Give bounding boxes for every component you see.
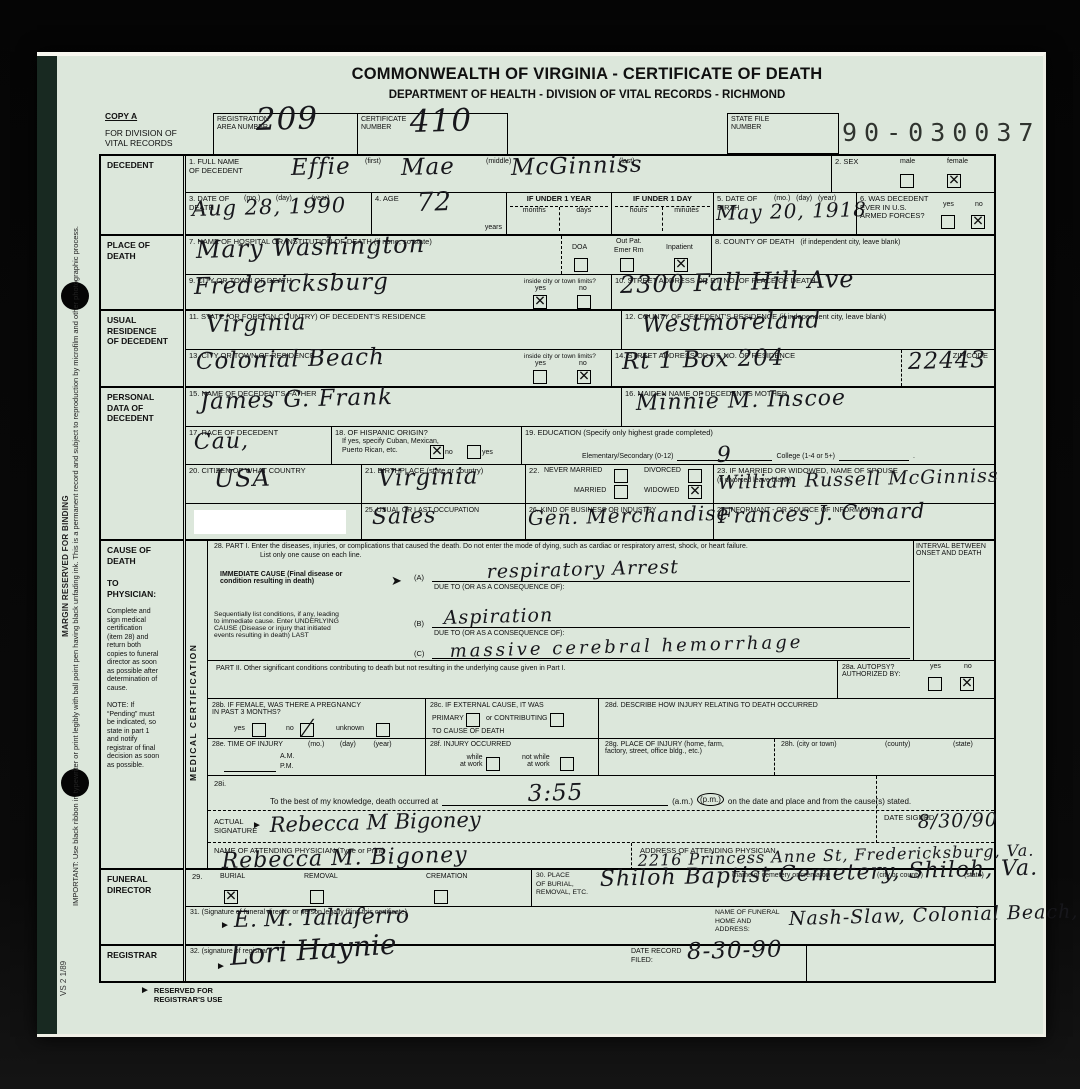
widowed-checkbox	[688, 485, 702, 499]
hispanic-yes-label: yes	[482, 449, 493, 458]
middle-sub: (middle)	[486, 158, 511, 167]
am-option: (a.m.)	[672, 797, 693, 806]
time-of-injury-units: (mo.) (day) (year)	[308, 741, 392, 748]
section-cause-of-death: CAUSE OF DEATH TO PHYSICIAN: Complete an…	[101, 539, 183, 868]
actual-signature-label: ACTUAL SIGNATURE	[214, 817, 257, 835]
field-age: 4. AGE 72 years	[371, 193, 506, 234]
residence-limits-no-checkbox	[577, 370, 591, 384]
not-while-at-work-checkbox	[560, 757, 574, 771]
removal-checkbox	[310, 890, 324, 904]
to-cause-label: TO CAUSE OF DEATH	[432, 728, 504, 735]
sex-female-label: female	[947, 158, 968, 167]
residence-county-value: Westmoreland	[642, 316, 821, 329]
under-day-label: IF UNDER 1 DAY	[615, 195, 710, 207]
hispanic-yes-checkbox	[467, 445, 481, 459]
primary-label: PRIMARY	[432, 715, 464, 722]
residence-limits-yes-label: yes	[535, 360, 546, 369]
field-city-of-death: 9. CITY OR TOWN OF DEATH Fredericksburg	[186, 275, 521, 309]
copy-for-label: FOR DIVISION OF VITAL RECORDS	[105, 128, 177, 148]
field-father: 15. NAME OF DECEDENT'S FATHER James G. F…	[186, 388, 621, 426]
row-hospital: 7. NAME OF HOSPITAL OR INSTITUTION OF DE…	[186, 234, 994, 274]
field-death-limits: inside city or town limits? yes no	[521, 275, 611, 309]
hispanic-note: If yes, specify Cuban, Mexican, Puerto R…	[342, 438, 439, 455]
interval-column: INTERVAL BETWEEN ONSET AND DEATH	[913, 541, 994, 660]
hispanic-no-label: no	[445, 449, 453, 458]
pm-option-circled: (p.m.)	[697, 793, 724, 806]
time-of-injury-label: 28e. TIME OF INJURY	[212, 741, 283, 748]
divorced-checkbox	[688, 469, 702, 483]
primary-checkbox	[466, 713, 480, 727]
cause-line-c: massive cerebral hemorrhage	[432, 633, 910, 659]
field-race: 17. RACE OF DECEDENT Cau,	[186, 427, 331, 464]
reserved-arrow-icon: ►	[140, 986, 150, 1004]
field-redacted	[186, 504, 361, 539]
field-education: 19. EDUCATION (Specify only highest grad…	[521, 427, 994, 464]
fields-area: 1. FULL NAME OF DECEDENT (first) (middle…	[186, 156, 994, 981]
external-cause-label: 28c. IF EXTERNAL CAUSE, IT WAS	[430, 702, 544, 709]
middle-name-value: Mae	[401, 163, 455, 173]
pregnancy-no-label: no	[286, 725, 294, 732]
hispanic-label: 18. OF HISPANIC ORIGIN?	[335, 428, 428, 437]
armed-yes-label: yes	[943, 201, 954, 210]
field-residence-city: 13. CITY OR TOWN OF RESIDENCE Colonial B…	[186, 350, 521, 386]
margin-important-text: IMPORTANT: Use black ribbon in typewrite…	[71, 226, 80, 906]
cause-c-value: massive cerebral hemorrhage	[449, 632, 803, 662]
emer-rm-label: Out Pat. Emer Rm	[614, 238, 644, 255]
college-line	[839, 450, 909, 461]
street-of-death-value: 2300 Fall Hill Ave	[620, 275, 855, 290]
death-limits-yes-checkbox	[533, 295, 547, 309]
last-name-value: McGinniss	[511, 161, 643, 173]
registration-area-cell: REGISTRATION AREA NUMBER 209	[214, 114, 358, 155]
medical-certification-label: MEDICAL CERTIFICATION	[188, 644, 198, 781]
death-limits-no-checkbox	[577, 295, 591, 309]
medical-certification-strip: MEDICAL CERTIFICATION	[186, 541, 208, 870]
registrar-empty-cell	[806, 946, 994, 981]
business-value: Gen. Merchandise	[528, 509, 730, 523]
field-registrar-signature: 32. (signature of registrar) ► Lori Hayn…	[186, 946, 621, 981]
cause-arrow-icon: ➤	[391, 573, 402, 589]
certificate-number-label: CERTIFICATE NUMBER	[361, 116, 406, 131]
date-signed-value: 8/30/90	[917, 809, 998, 833]
never-married-checkbox	[614, 469, 628, 483]
place-of-burial-value: Shiloh Baptist Cemetery, Shiloh, Va.	[600, 865, 1038, 885]
burial-checkbox	[224, 890, 238, 904]
row-city-of-death: 9. CITY OR TOWN OF DEATH Fredericksburg …	[186, 274, 994, 309]
field-informant: 27. INFORMANT - OR SOURCE OF INFORMATION…	[713, 504, 994, 539]
certificate-paper: MARGIN RESERVED FOR BINDING IMPORTANT: U…	[37, 52, 1046, 1037]
citizen-value: USA	[214, 474, 271, 484]
sex-female-checkbox	[947, 174, 961, 188]
section-funeral-director: FUNERAL DIRECTOR	[101, 868, 183, 944]
age-label: 4. AGE	[375, 194, 399, 203]
pregnancy-yes-checkbox	[252, 723, 266, 737]
date-of-birth-value: May 20, 1918	[716, 205, 867, 217]
death-limits-no-label: no	[579, 285, 587, 294]
under-year-label: IF UNDER 1 YEAR	[510, 195, 608, 207]
field-external-cause: 28c. IF EXTERNAL CAUSE, IT WAS PRIMARY o…	[425, 699, 598, 738]
injury-city-label: 28h. (city or town)	[781, 741, 837, 748]
place-of-burial-label: 30. PLACE OF BURIAL, REMOVAL, ETC.	[536, 872, 588, 898]
cause-b-value: Aspiration	[443, 604, 553, 629]
row-registrar: 32. (signature of registrar) ► Lori Hayn…	[186, 944, 994, 981]
section-personal-data: PERSONAL DATA OF DECEDENT	[101, 386, 183, 539]
statement-number: 28i.	[214, 779, 226, 788]
married-label: MARRIED	[574, 487, 606, 496]
hospital-value: Mary Washington	[196, 240, 425, 254]
residence-limits-label: inside city or town limits?	[524, 353, 596, 360]
sequential-label: Sequentially list conditions, if any, le…	[214, 611, 394, 639]
cause-of-death-label: CAUSE OF DEATH	[107, 545, 180, 566]
field-residence-state: 11. STATE (OR FOREIGN COUNTRY) OF DECEDE…	[186, 311, 621, 349]
line-b-prefix: (B)	[414, 619, 424, 628]
residence-limits-yes-checkbox	[533, 370, 547, 384]
field-pregnancy: 28b. IF FEMALE, WAS THERE A PREGNANCY IN…	[208, 699, 425, 738]
field-armed-forces: 6. WAS DECEDENT EVER IN U.S. ARMED FORCE…	[856, 193, 994, 234]
mother-value: Minnie M. Inscoe	[636, 395, 846, 409]
residence-city-value: Colonial Beach	[196, 353, 385, 366]
certificate-number-value: 410	[410, 116, 472, 126]
occupation-value: Sales	[372, 512, 437, 522]
injury-occurred-label: 28f. INJURY OCCURRED	[430, 741, 511, 748]
county-of-death-label: 8. COUNTY OF DEATH	[715, 237, 794, 246]
spouse-value: William Russell McGinniss	[718, 472, 999, 488]
education-label: 19. EDUCATION (Specify only highest grad…	[525, 428, 713, 437]
contributing-label: or CONTRIBUTING	[486, 715, 547, 722]
hispanic-no-checkbox	[430, 445, 444, 459]
form-body: DECEDENT PLACE OF DEATH USUAL RESIDENCE …	[99, 154, 996, 983]
injury-county-label: (county)	[885, 741, 910, 748]
autopsy-yes-checkbox	[928, 677, 942, 691]
burial-label: BURIAL	[220, 873, 245, 882]
field-residence-street: 14. STREET ADDRESS OR RT. NO. OF RESIDEN…	[611, 350, 901, 386]
county-of-death-note: (if independent city, leave blank)	[800, 239, 900, 246]
date-record-filed-value: 8-30-90	[687, 945, 783, 956]
field-zip: ZIP CODE 22443	[901, 350, 994, 386]
row-residence-city: 13. CITY OR TOWN OF RESIDENCE Colonial B…	[186, 349, 994, 386]
pregnancy-no-checkbox	[300, 723, 314, 737]
residence-state-value: Virginia	[206, 318, 307, 329]
registration-area-value: 209	[256, 114, 318, 124]
field-residence-limits: inside city or town limits? yes no	[521, 350, 611, 386]
state-file-number: 90-030037	[842, 118, 1040, 147]
field-hispanic: 18. OF HISPANIC ORIGIN? If yes, specify …	[331, 427, 521, 464]
physician-note: Complete and sign medical certification …	[107, 608, 180, 693]
row-race-education: 17. RACE OF DECEDENT Cau, 18. OF HISPANI…	[186, 426, 994, 464]
birthplace-value: Virginia	[378, 472, 479, 483]
armed-forces-label: 6. WAS DECEDENT EVER IN U.S. ARMED FORCE…	[860, 195, 938, 221]
pregnancy-yes-label: yes	[234, 725, 245, 732]
field-occupation: 25. USUAL OR LAST OCCUPATION Sales	[361, 504, 525, 539]
armed-yes-checkbox	[941, 215, 955, 229]
armed-no-checkbox	[971, 215, 985, 229]
inpatient-label: Inpatient	[666, 244, 693, 253]
sex-label: 2. SEX	[835, 157, 858, 166]
section-usual-residence: USUAL RESIDENCE OF DECEDENT	[101, 309, 183, 386]
section-place-of-death: PLACE OF DEATH	[101, 234, 183, 309]
disposition-number: 29.	[192, 873, 202, 882]
field-residence-county: 12. COUNTY OF DECEDENT'S RESIDENCE (if i…	[621, 311, 994, 349]
date-of-death-value: Aug 28, 1990	[192, 201, 346, 214]
part1-header: 28. PART I. Enter the diseases, injuries…	[214, 543, 748, 550]
copy-label: COPY A	[105, 111, 137, 121]
time-of-death-line: 3:55	[442, 795, 668, 806]
field-citizen: 20. CITIZEN OF WHAT COUNTRY USA	[186, 465, 361, 503]
row-28e: 28e. TIME OF INJURY (mo.) (day) (year) A…	[208, 738, 994, 775]
redaction-box	[194, 510, 346, 534]
field-date-of-birth: 5. DATE OF (mo.) (day) (year) BIRTH May …	[713, 193, 856, 234]
full-name-label: 1. FULL NAME OF DECEDENT	[189, 158, 243, 175]
sex-male-checkbox	[900, 174, 914, 188]
injury-description-label: 28d. DESCRIBE HOW INJURY RELATING TO DEA…	[605, 702, 818, 709]
age-value: 72	[417, 198, 452, 207]
field-if-under-1-day: IF UNDER 1 DAY hours minutes	[611, 193, 713, 234]
part1-header2: List only one cause on each line.	[260, 552, 362, 559]
not-while-at-work-label: not while at work	[522, 754, 550, 768]
pregnancy-label: 28b. IF FEMALE, WAS THERE A PREGNANCY IN…	[212, 702, 361, 716]
section-registrar: REGISTRAR	[101, 944, 183, 981]
cremation-checkbox	[434, 890, 448, 904]
row-citizen-marital: 20. CITIZEN OF WHAT COUNTRY USA 21. BIRT…	[186, 464, 994, 503]
scanned-death-certificate: MARGIN RESERVED FOR BINDING IMPORTANT: U…	[0, 0, 1080, 1089]
section-label-column: DECEDENT PLACE OF DEATH USUAL RESIDENCE …	[101, 156, 186, 981]
zip-value: 22443	[908, 356, 986, 367]
row-signature: ACTUAL SIGNATURE ► Rebecca M Bigoney DAT…	[208, 810, 994, 842]
race-value: Cau,	[194, 438, 249, 448]
state-file-label: STATE FILE NUMBER	[727, 113, 839, 154]
margin-binding-text: MARGIN RESERVED FOR BINDING IMPORTANT: U…	[61, 216, 80, 916]
date-record-filed-label: DATE RECORD FILED:	[631, 948, 681, 965]
field-spouse: 23. IF MARRIED OR WIDOWED, NAME OF SPOUS…	[713, 465, 994, 503]
residence-limits-no-label: no	[579, 360, 587, 369]
am-label: A.M.	[280, 753, 294, 760]
statement-text: To the best of my knowledge, death occur…	[270, 797, 438, 806]
hours-label: hours	[615, 207, 663, 231]
field-place-of-injury: 28g. PLACE OF INJURY (home, farm, factor…	[598, 739, 774, 775]
marital-number: 22.	[529, 467, 539, 476]
field-disposition: 29. BURIAL REMOVAL CREMATION	[186, 870, 531, 906]
field-birthplace: 21. BIRTHPLACE (state or country) Virgin…	[361, 465, 525, 503]
autopsy-yes-label: yes	[930, 663, 941, 670]
date-signed-divider	[876, 776, 878, 843]
line-c-prefix: (C)	[414, 649, 424, 658]
death-limits-label: inside city or town limits?	[524, 278, 596, 285]
page-title: COMMONWEALTH OF VIRGINIA - CERTIFICATE O…	[167, 65, 1007, 84]
education-period: .	[913, 453, 915, 462]
autopsy-label: 28a. AUTOPSY? AUTHORIZED BY:	[842, 664, 900, 678]
part2-header: PART II. Other significant conditions co…	[216, 665, 806, 672]
binding-strip	[37, 56, 57, 1034]
part2-row: PART II. Other significant conditions co…	[208, 660, 994, 698]
college-label: College (1-4 or 5+)	[776, 453, 835, 462]
first-name-value: Effie	[291, 162, 351, 172]
pm-label: P.M.	[280, 763, 294, 770]
page-subtitle: DEPARTMENT OF HEALTH - DIVISION OF VITAL…	[167, 89, 1007, 101]
funeral-home-value: Nash-Slaw, Colonial Beach, Va.	[789, 906, 1080, 923]
time-of-death-value: 3:55	[527, 780, 583, 807]
father-value: James G. Frank	[200, 393, 393, 407]
field-place-of-burial: 30. PLACE OF BURIAL, REMOVAL, ETC. (name…	[531, 870, 994, 906]
cause-line-a: respiratory Arrest	[432, 553, 910, 582]
margin-binding-title: MARGIN RESERVED FOR BINDING	[61, 495, 70, 637]
field-marital-status: 22. NEVER MARRIED DIVORCED MARRIED WIDOW…	[525, 465, 713, 503]
field-if-under-1-year: IF UNDER 1 YEAR months days	[506, 193, 611, 234]
field-street-of-death: 10. STREET ADDRESS OR RT. NO. OF PLACE O…	[611, 275, 994, 309]
field-date-record-filed: DATE RECORD FILED: 8-30-90	[621, 946, 806, 981]
line-a-prefix: (A)	[414, 573, 424, 582]
row-parents: 15. NAME OF DECEDENT'S FATHER James G. F…	[186, 386, 994, 426]
field-mother: 16. MAIDEN NAME OF DECEDENT'S MOTHER Min…	[621, 388, 994, 426]
due-to-label-1: DUE TO (OR AS A CONSEQUENCE OF):	[434, 584, 564, 591]
reserved-label: RESERVED FOR REGISTRAR'S USE	[154, 986, 222, 1004]
contributing-checkbox	[550, 713, 564, 727]
armed-no-label: no	[975, 201, 983, 210]
row-28b: 28b. IF FEMALE, WAS THERE A PREGNANCY IN…	[208, 698, 994, 738]
months-label: months	[510, 207, 560, 231]
sex-male-label: male	[900, 158, 915, 167]
pregnancy-unknown-label: unknown	[336, 725, 364, 732]
divorced-label: DIVORCED	[644, 467, 681, 476]
section-decedent: DECEDENT	[101, 156, 183, 234]
injury-state-label: (state)	[953, 741, 973, 748]
number-box: REGISTRATION AREA NUMBER 209 CERTIFICATE…	[213, 113, 508, 156]
cremation-label: CREMATION	[426, 873, 467, 882]
never-married-label: NEVER MARRIED	[544, 467, 602, 476]
field-full-name: 1. FULL NAME OF DECEDENT (first) (middle…	[186, 156, 831, 192]
widowed-label: WIDOWED	[644, 487, 679, 496]
education-grade-value: 9	[717, 451, 732, 460]
row-residence-state: 11. STATE (OR FOREIGN COUNTRY) OF DECEDE…	[186, 309, 994, 349]
funeral-director-signature: E. M. Taliaferro	[234, 912, 409, 925]
city-of-death-value: Fredericksburg	[194, 278, 389, 292]
informant-value: Frances J. Conard	[718, 507, 926, 521]
time-line	[224, 763, 276, 772]
autopsy-no-checkbox	[960, 677, 974, 691]
row-occupation: 25. USUAL OR LAST OCCUPATION Sales 26. K…	[186, 503, 994, 539]
field-business: 26. KIND OF BUSINESS OR INDUSTRY Gen. Me…	[525, 504, 713, 539]
while-at-work-checkbox	[486, 757, 500, 771]
certificate-number-cell: CERTIFICATE NUMBER 410	[358, 114, 507, 155]
cause-line-b: Aspiration	[432, 599, 910, 628]
days-label: days	[560, 207, 609, 231]
registrar-sig-arrow-icon: ►	[216, 962, 226, 972]
autopsy-no-label: no	[964, 663, 972, 670]
age-years-label: years	[485, 224, 502, 233]
place-of-injury-label: 28g. PLACE OF INJURY (home, farm, factor…	[605, 741, 724, 755]
immediate-cause-label: IMMEDIATE CAUSE (Final disease or condit…	[220, 571, 388, 585]
registrar-signature: Lori Haynie	[229, 940, 396, 960]
pending-note: NOTE: If “Pending” must be indicated, so…	[107, 702, 180, 770]
field-sex: 2. SEX male female	[831, 156, 994, 192]
married-checkbox	[614, 485, 628, 499]
field-autopsy: 28a. AUTOPSY? AUTHORIZED BY: yes no	[837, 661, 994, 699]
row-name-sex: 1. FULL NAME OF DECEDENT (first) (middle…	[186, 156, 994, 192]
death-limits-yes-label: yes	[535, 285, 546, 294]
to-physician-label: TO PHYSICIAN:	[107, 578, 180, 599]
signature-arrow-icon: ►	[252, 821, 262, 831]
field-date-of-death: 3. DATE OF (mo.) (day) (year) DEATH Aug …	[186, 193, 371, 234]
field-injury-location: 28h. (city or town) (county) (state)	[774, 739, 994, 775]
statement-rest: on the date and place and from the cause…	[728, 797, 911, 806]
row-death-birth: 3. DATE OF (mo.) (day) (year) DEATH Aug …	[186, 192, 994, 234]
reserved-for-registrar: ► RESERVED FOR REGISTRAR'S USE	[140, 986, 222, 1004]
field-injury-occurred: 28f. INJURY OCCURRED while at work not w…	[425, 739, 598, 775]
doa-label: DOA	[572, 244, 587, 253]
education-grade-line: 9	[677, 450, 772, 461]
cause-a-value: respiratory Arrest	[486, 556, 679, 583]
funeral-home-label: NAME OF FUNERAL HOME AND ADDRESS:	[715, 909, 780, 935]
form-code: VS 2 1/89	[59, 936, 68, 996]
while-at-work-label: while at work	[460, 754, 483, 768]
pregnancy-unknown-checkbox	[376, 723, 390, 737]
residence-street-value: Rt 1 Box 204	[622, 354, 785, 367]
removal-label: REMOVAL	[304, 873, 338, 882]
doa-checkbox	[574, 258, 588, 272]
physician-signature: Rebecca M Bigoney	[269, 807, 481, 837]
medical-certification-block: MEDICAL CERTIFICATION 28. PART I. Enter …	[186, 539, 994, 868]
elementary-label: Elementary/Secondary (0-12)	[582, 453, 673, 462]
field-time-of-injury: 28e. TIME OF INJURY (mo.) (day) (year) A…	[208, 739, 425, 775]
field-injury-description: 28d. DESCRIBE HOW INJURY RELATING TO DEA…	[598, 699, 994, 738]
minutes-label: minutes	[663, 207, 710, 231]
funeral-sig-arrow-icon: ►	[220, 921, 230, 931]
row-burial: 29. BURIAL REMOVAL CREMATION 30. PLACE O…	[186, 868, 994, 906]
first-sub: (first)	[365, 158, 381, 167]
